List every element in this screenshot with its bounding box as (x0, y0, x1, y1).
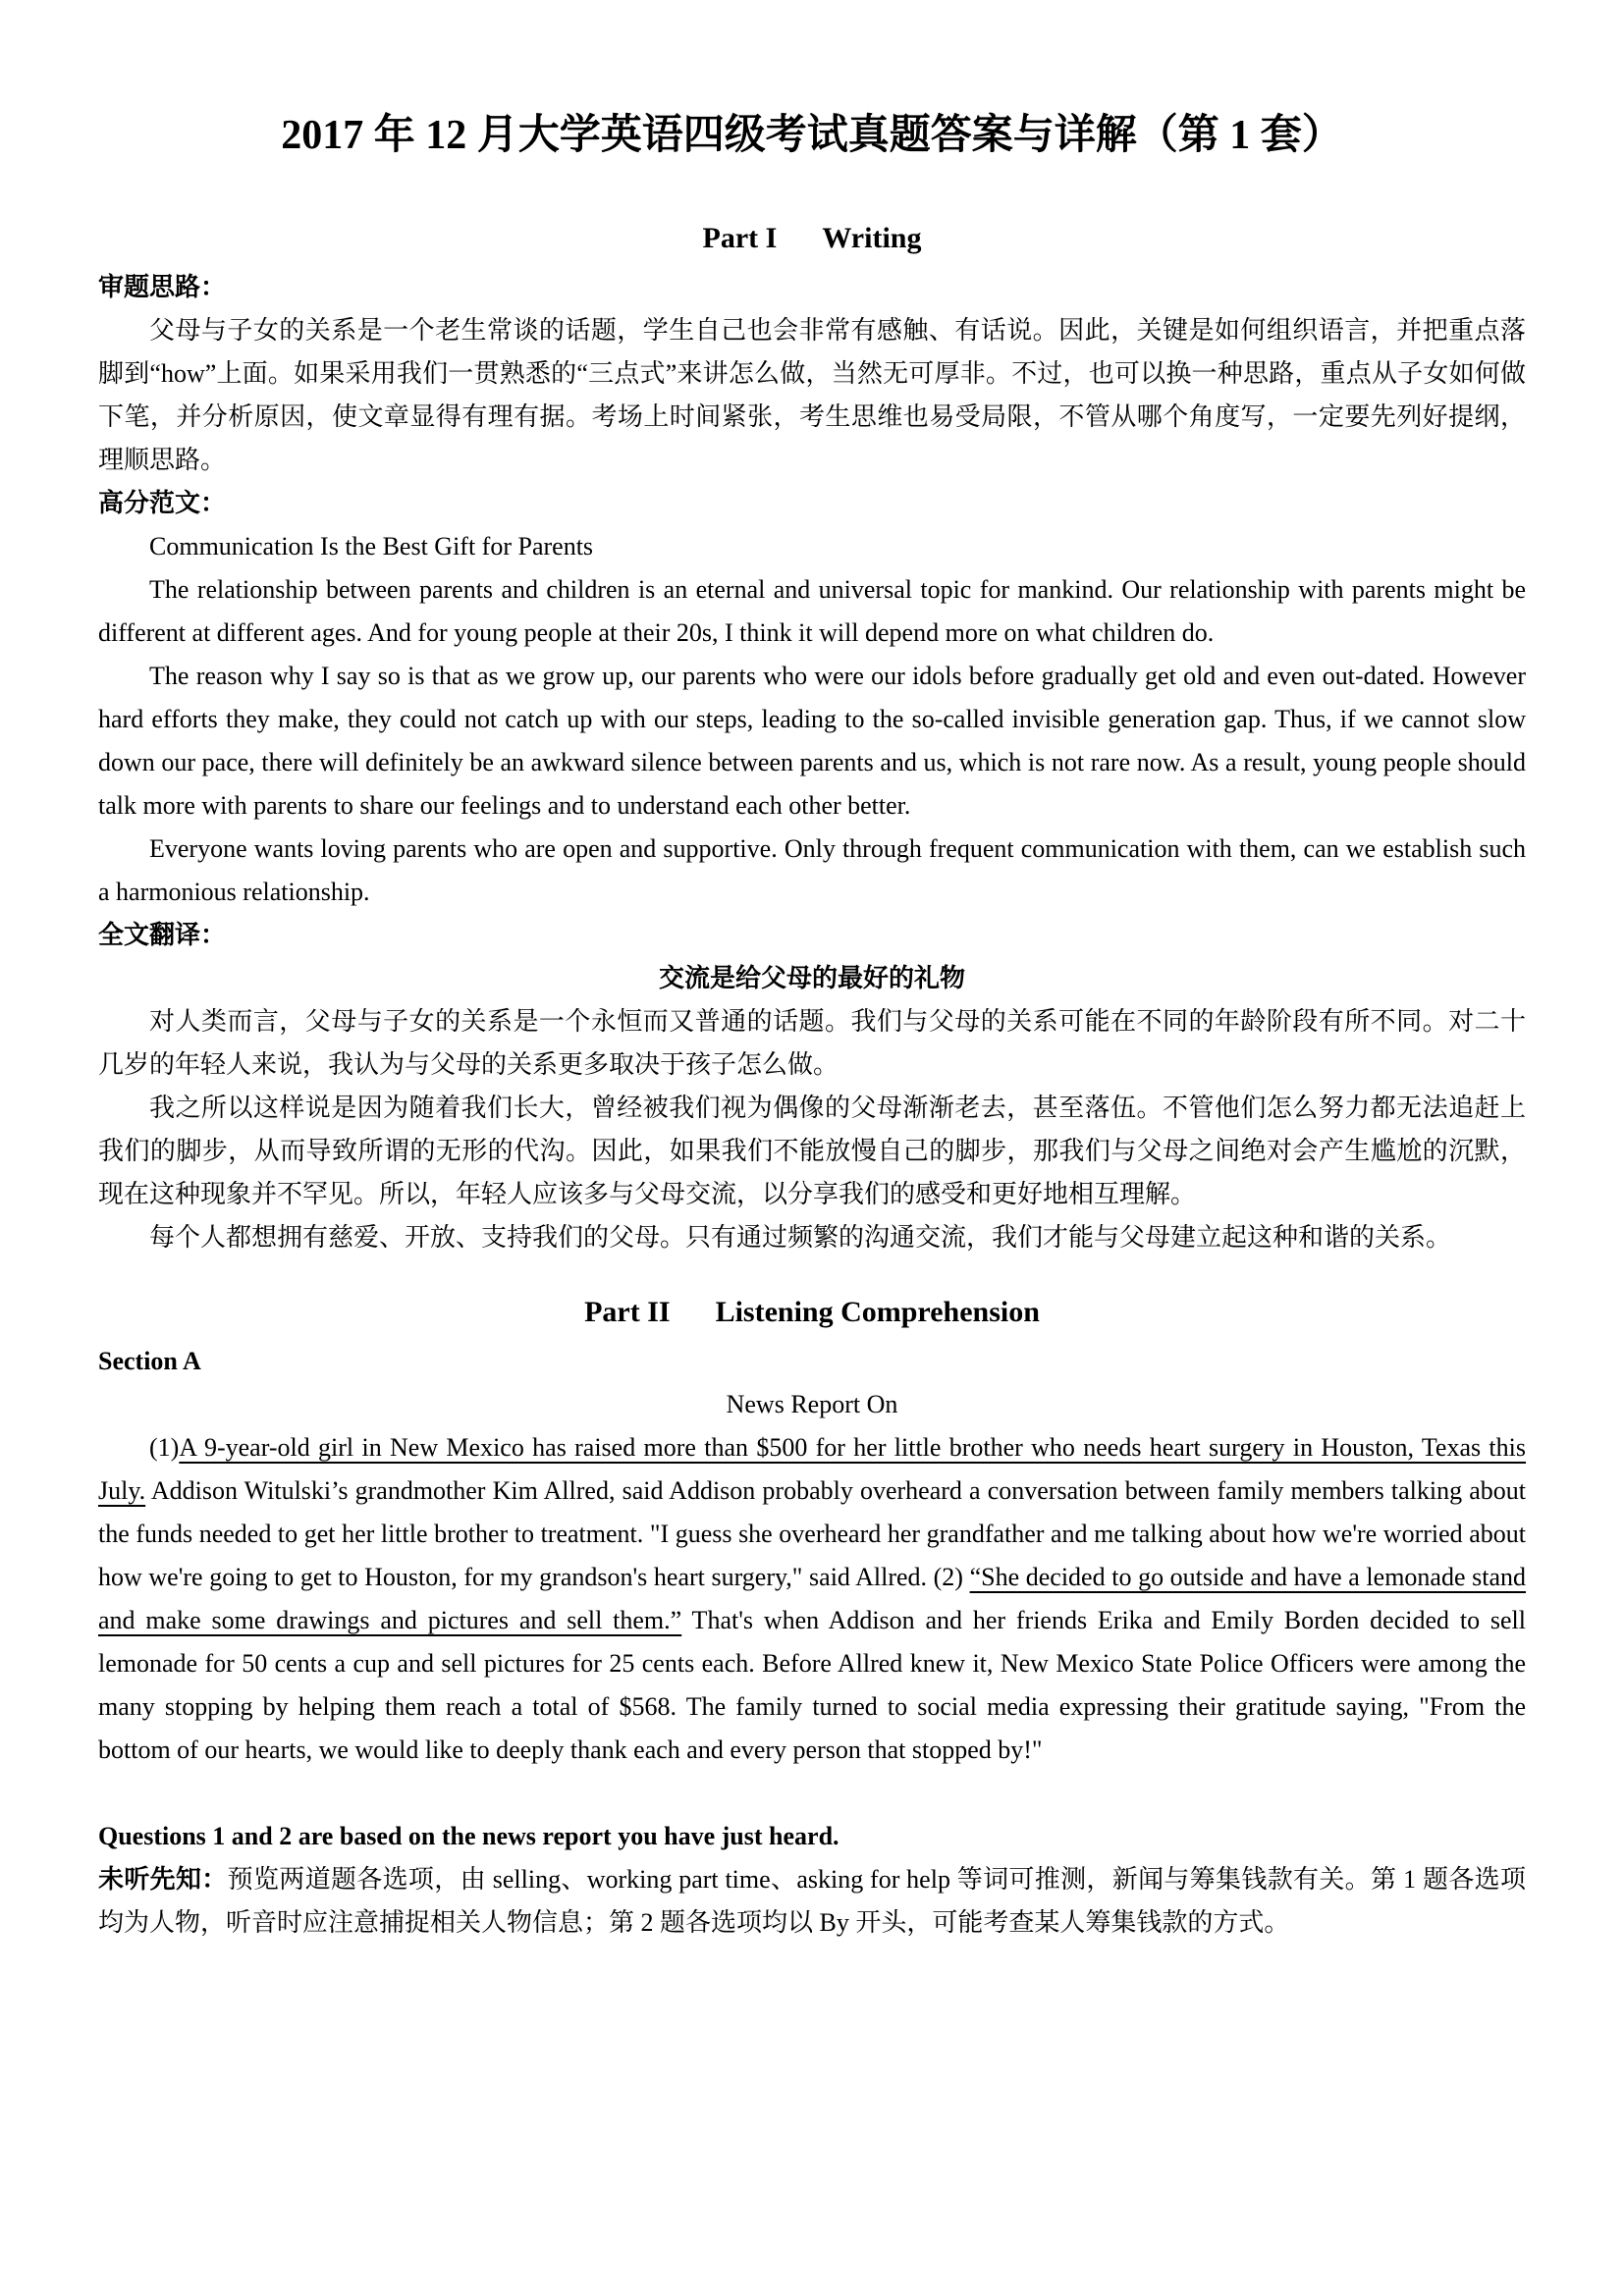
news-report-paragraph: (1)A 9-year-old girl in New Mexico has r… (98, 1426, 1526, 1772)
section-a-label: Section A (98, 1340, 1526, 1383)
translation-paragraph-2: 我之所以这样说是因为随着我们长大，曾经被我们视为偶像的父母渐渐老去，甚至落伍。不… (98, 1087, 1526, 1216)
part2-heading: Part IIListening Comprehension (98, 1293, 1526, 1332)
part2-label: Part II (584, 1296, 670, 1328)
document-page: 2017 年 12 月大学英语四级考试真题答案与详解（第 1 套） Part I… (0, 0, 1624, 2296)
essay-paragraph-1: The relationship between parents and chi… (98, 568, 1526, 655)
news-report-title: News Report On (98, 1383, 1526, 1426)
news-segment-1: (1) (149, 1433, 179, 1462)
translation-paragraph-1: 对人类而言，父母与子女的关系是一个永恒而又普通的话题。我们与父母的关系可能在不同… (98, 1000, 1526, 1087)
translation-label: 全文翻译： (98, 914, 1526, 957)
translation-title: 交流是给父母的最好的礼物 (98, 957, 1526, 1000)
translation-paragraph-3: 每个人都想拥有慈爱、开放、支持我们的父母。只有通过频繁的沟通交流，我们才能与父母… (98, 1216, 1526, 1259)
analysis-label: 审题思路： (98, 266, 1526, 309)
essay-paragraph-3: Everyone wants loving parents who are op… (98, 828, 1526, 914)
preview-paragraph: 未听先知：预览两道题各选项，由 selling、working part tim… (98, 1858, 1526, 1945)
part2-name: Listening Comprehension (716, 1296, 1040, 1328)
preview-text: 预览两道题各选项，由 selling、working part time、ask… (98, 1865, 1526, 1937)
questions-note: Questions 1 and 2 are based on the news … (98, 1815, 1526, 1858)
analysis-paragraph: 父母与子女的关系是一个老生常谈的话题，学生自己也会非常有感触、有话说。因此，关键… (98, 309, 1526, 482)
preview-label: 未听先知： (98, 1865, 228, 1894)
part1-name: Writing (822, 222, 921, 254)
part1-label: Part I (703, 222, 778, 254)
essay-paragraph-2: The reason why I say so is that as we gr… (98, 655, 1526, 828)
doc-title: 2017 年 12 月大学英语四级考试真题答案与详解（第 1 套） (98, 110, 1526, 162)
part1-heading: Part IWriting (98, 219, 1526, 258)
essay-title: Communication Is the Best Gift for Paren… (98, 525, 1526, 568)
model-essay-label: 高分范文： (98, 482, 1526, 525)
